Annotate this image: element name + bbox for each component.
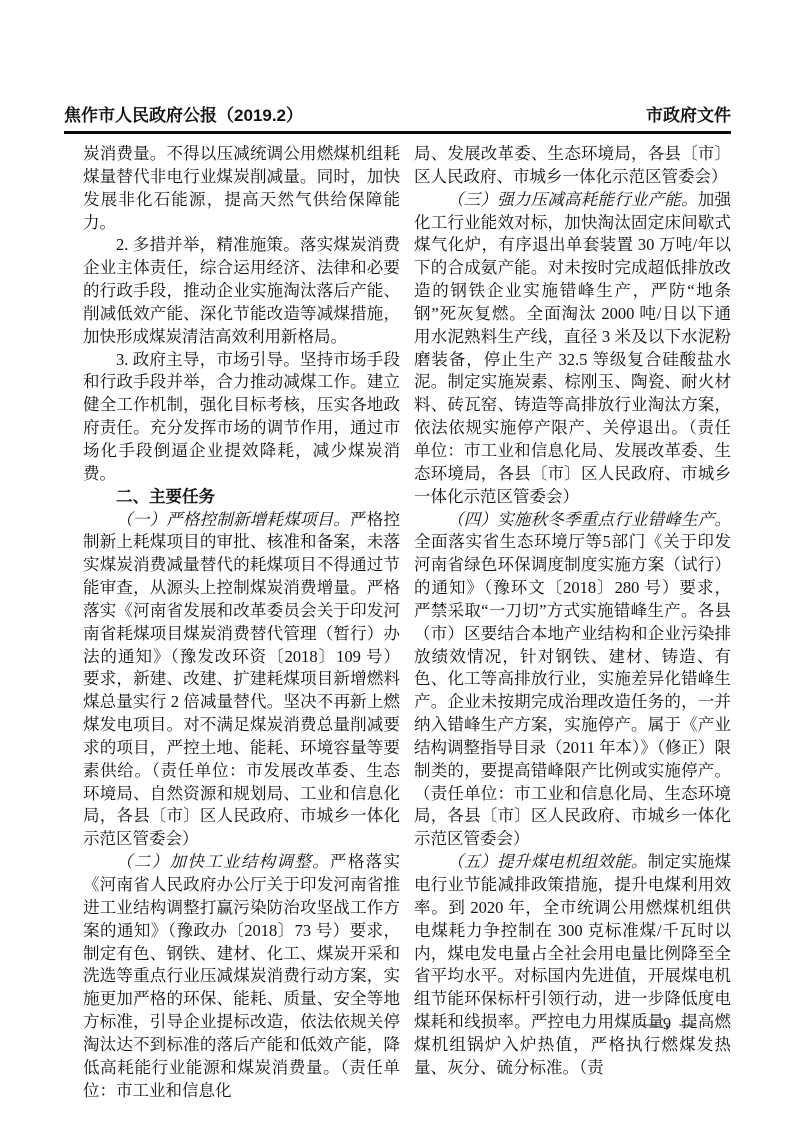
gazette-title: 焦作市人民政府公报（2019.2） [64, 101, 303, 126]
item-lead: （二）加快工业结构调整。 [116, 852, 330, 871]
paragraph: 2. 多措并举，精准施策。落实煤炭消费企业主体责任，综合运用经济、法律和必要的行… [83, 234, 400, 348]
paragraph: （一）严格控制新增耗煤项目。严格控制新上耗煤项目的审批、核准和备案，未落实煤炭消… [83, 509, 400, 852]
paragraph: （三）强力压减高耗能行业产能。加强化工行业能效对标，加快淘汰固定床间歇式煤气化炉… [414, 189, 731, 509]
section-heading: 二、主要任务 [83, 486, 400, 509]
paragraph: 局、发展改革委、生态环境局，各县〔市〕区人民政府、市城乡一体化示范区管委会） [414, 143, 731, 189]
item-lead: （三）强力压减高耗能行业产能。 [447, 190, 698, 209]
item-lead: （五）提升煤电机组效能。 [447, 852, 648, 871]
document-category-label: 市政府文件 [646, 101, 731, 126]
document-body: 炭消费量。不得以压减统调公用燃煤机组耗煤量替代非电行业煤炭削减量。同时，加快发展… [83, 143, 731, 1102]
paragraph: （四）实施秋冬季重点行业错峰生产。全面落实省生态环境厅等5部门《关于印发河南省绿… [414, 509, 731, 852]
paragraph: 3. 政府主导，市场引导。坚持市场手段和行政手段并举，合力推动减煤工作。建立健全… [83, 349, 400, 486]
paragraph: （五）提升煤电机组效能。制定实施煤电行业节能减排政策措施，提升电煤利用效率。到 … [414, 851, 731, 1079]
column-right: 局、发展改革委、生态环境局，各县〔市〕区人民政府、市城乡一体化示范区管委会）（三… [414, 143, 731, 1102]
page-header: 焦作市人民政府公报（2019.2） 市政府文件 [64, 101, 731, 134]
column-left: 炭消费量。不得以压减统调公用燃煤机组耗煤量替代非电行业煤炭削减量。同时，加快发展… [83, 143, 400, 1102]
paragraph: 炭消费量。不得以压减统调公用燃煤机组耗煤量替代非电行业煤炭削减量。同时，加快发展… [83, 143, 400, 234]
page-number: — 9 — [598, 1014, 738, 1034]
document-page: 焦作市人民政府公报（2019.2） 市政府文件 炭消费量。不得以压减统调公用燃煤… [0, 0, 793, 1122]
item-lead: （四）实施秋冬季重点行业错峰生产。 [447, 510, 731, 529]
paragraph: （二）加快工业结构调整。严格落实《河南省人民政府办公厅关于印发河南省推进工业结构… [83, 851, 400, 1102]
item-lead: （一）严格控制新增耗煤项目。 [116, 510, 350, 529]
